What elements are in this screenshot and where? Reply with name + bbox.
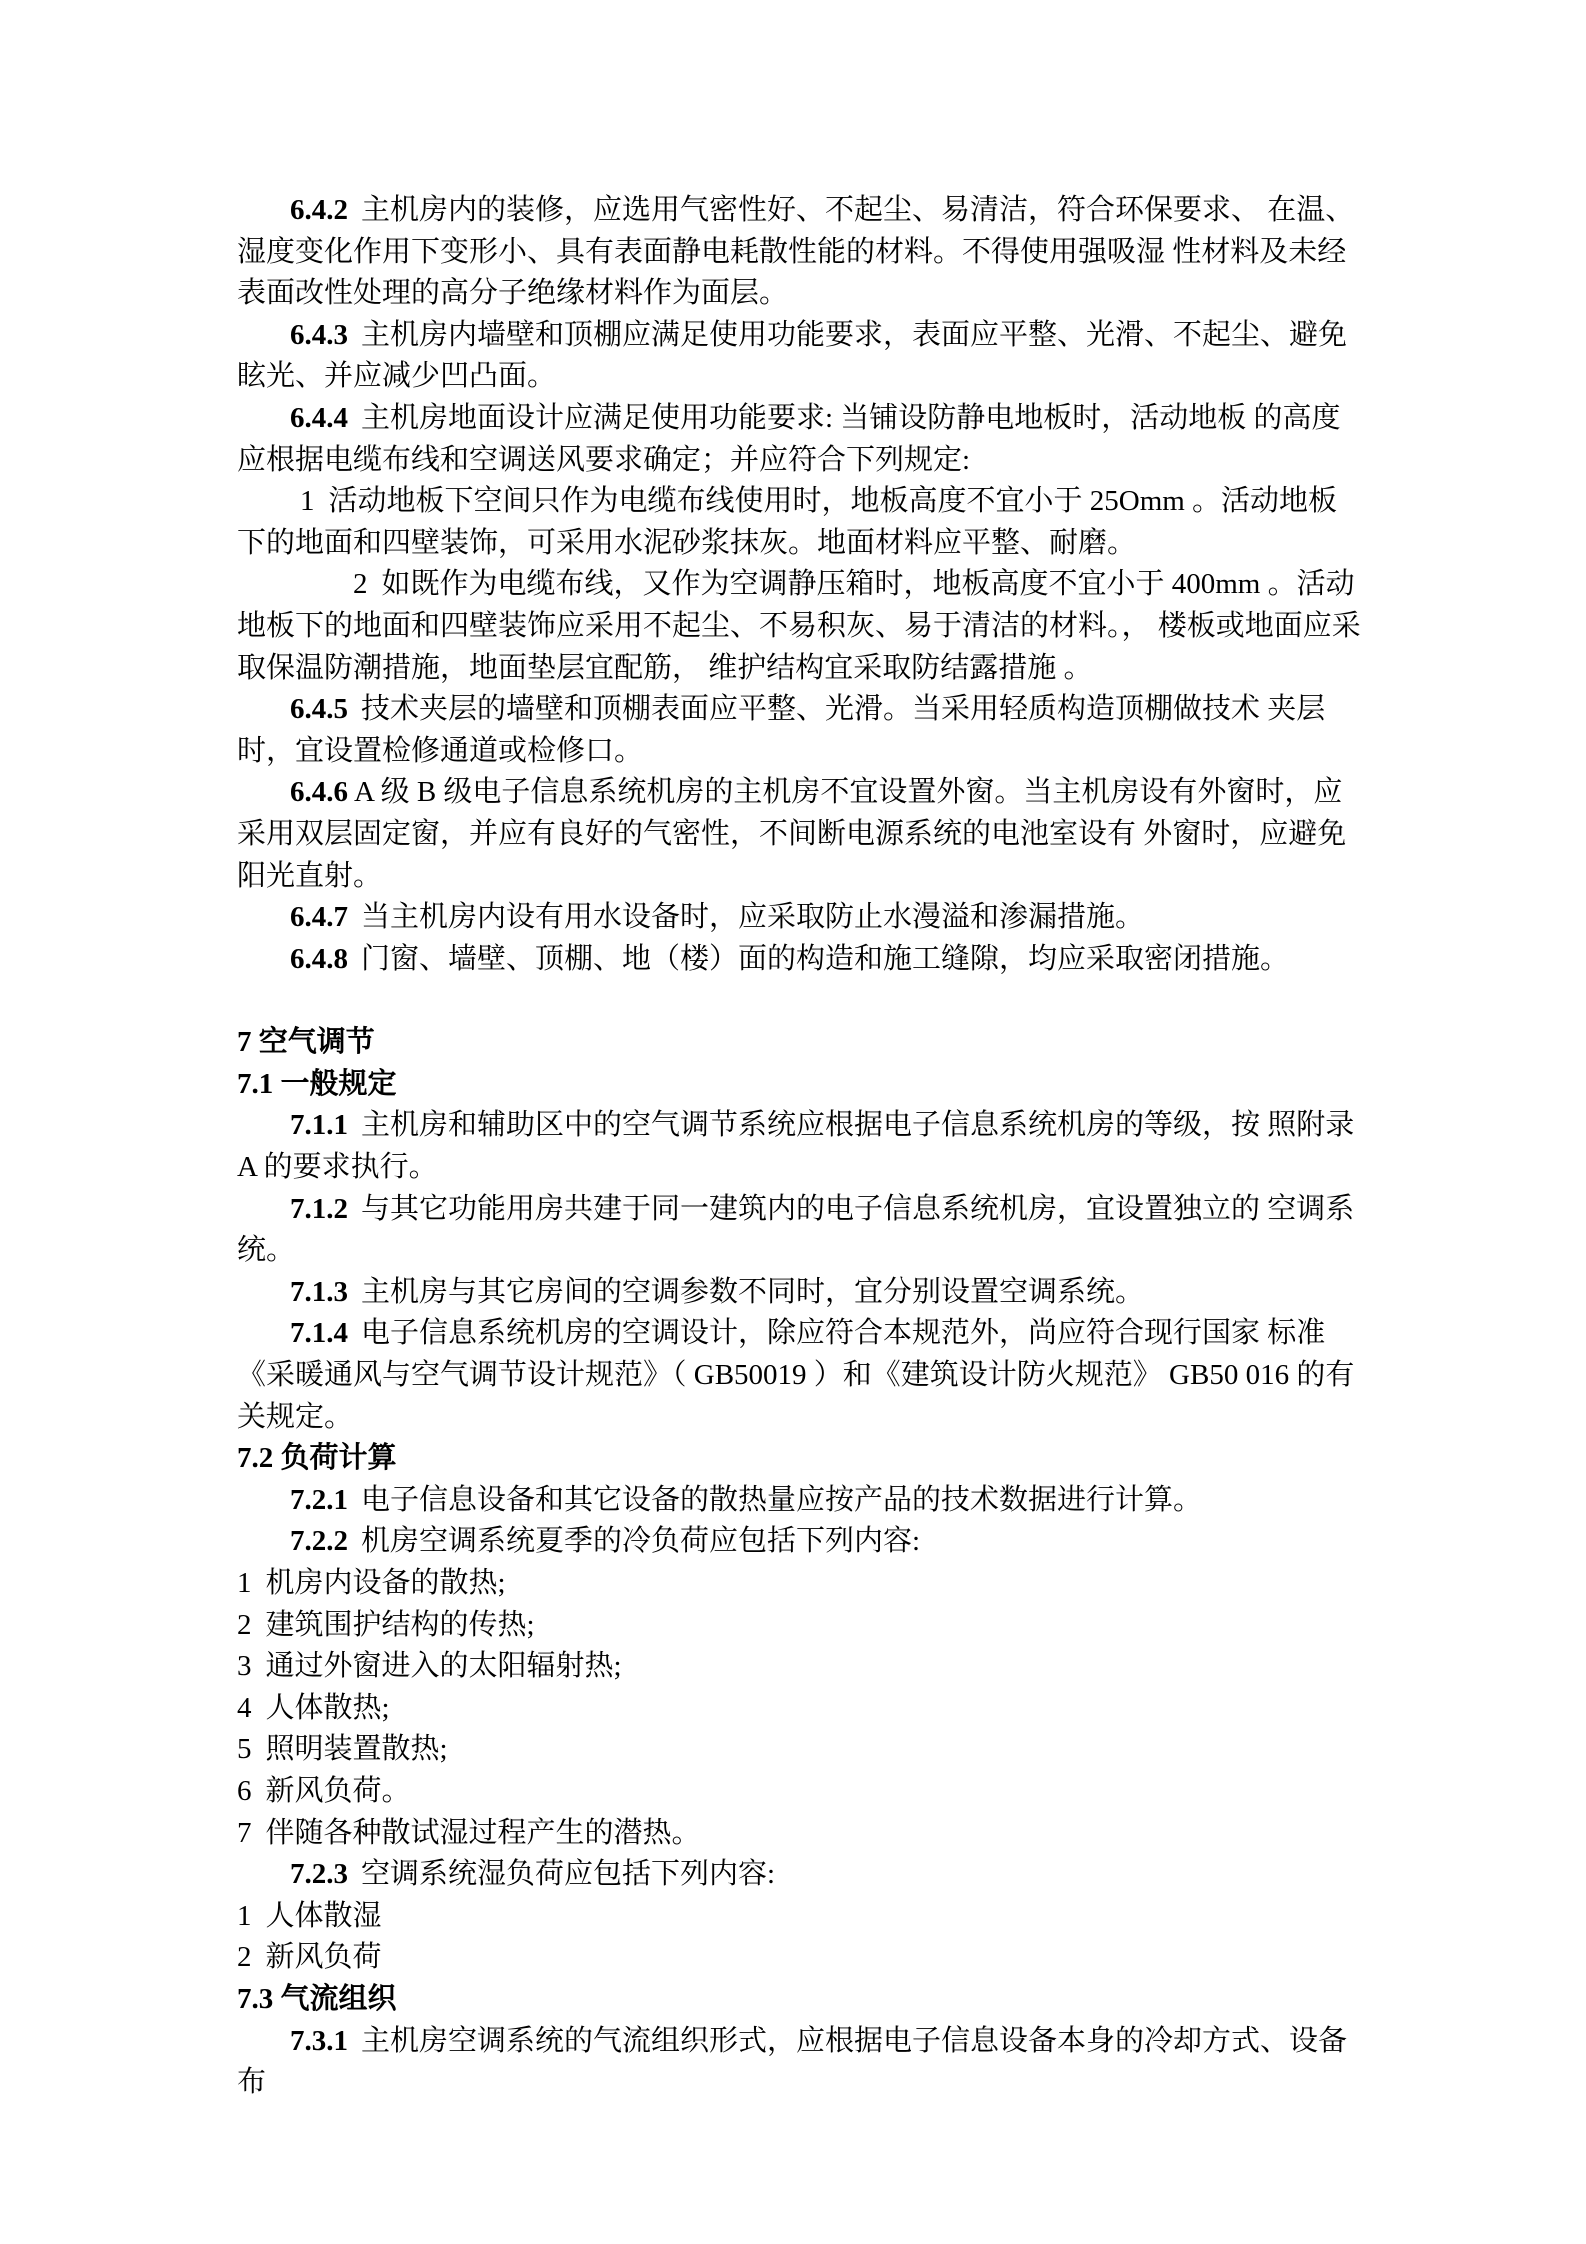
- clause-paragraph: 7.2.2机房空调系统夏季的冷负荷应包括下列内容:: [237, 1521, 1365, 1563]
- clause-number: 6.4.3: [290, 319, 348, 351]
- clause-text: 机房空调系统夏季的冷负荷应包括下列内容:: [361, 1525, 920, 1557]
- list-item: 2建筑围护结构的传热;: [237, 1605, 1365, 1647]
- section-heading: 7.3 气流组织: [237, 1979, 1365, 2021]
- clause-text: 与其它功能用房共建于同一建筑内的电子信息系统机房，宜设置独立的 空调系统。: [237, 1193, 1354, 1267]
- item-number: 2: [237, 1941, 252, 1973]
- item-text: 人体散热;: [266, 1692, 390, 1724]
- item-number: 2: [237, 1609, 252, 1641]
- clause-text: 电子信息设备和其它设备的散热量应按产品的技术数据进行计算。: [361, 1484, 1202, 1516]
- item-number: 5: [237, 1733, 252, 1765]
- clause-paragraph: 6.4.5技术夹层的墙壁和顶棚表面应平整、光滑。当采用轻质构造顶棚做技术 夹层时…: [237, 689, 1365, 772]
- item-number: 1: [237, 1567, 252, 1599]
- clause-number: 6.4.4: [290, 402, 348, 434]
- clause-paragraph: 6.4.6A 级 B 级电子信息系统机房的主机房不宜设置外窗。当主机房设有外窗时…: [237, 772, 1365, 897]
- clause-text: 主机房和辅助区中的空气调节系统应根据电子信息系统机房的等级，按 照附录 A 的要…: [237, 1109, 1354, 1183]
- clause-text: 门窗、墙壁、顶棚、地（楼）面的构造和施工缝隙，均应采取密闭措施。: [361, 943, 1289, 975]
- section-heading: 7.2 负荷计算: [237, 1438, 1365, 1480]
- clause-number: 6.4.5: [290, 693, 348, 725]
- clause-number: 7.3.1: [290, 2025, 348, 2057]
- clause-text: 主机房内的装修，应选用气密性好、不起尘、易清洁，符合环保要求、 在温、湿度变化作…: [237, 194, 1354, 309]
- list-item: 6新风负荷。: [237, 1771, 1365, 1813]
- clause-paragraph: 6.4.4主机房地面设计应满足使用功能要求: 当铺设防静电地板时，活动地板 的高…: [237, 398, 1365, 481]
- clause-paragraph: 7.2.1电子信息设备和其它设备的散热量应按产品的技术数据进行计算。: [237, 1480, 1365, 1522]
- list-item: 3通过外窗进入的太阳辐射热;: [237, 1646, 1365, 1688]
- section-heading: 7.1 一般规定: [237, 1064, 1365, 1106]
- clause-number: 6.4.6: [290, 776, 348, 808]
- clause-number: 7.2.3: [290, 1858, 348, 1890]
- item-number: 1: [300, 485, 315, 517]
- list-item: 1机房内设备的散热;: [237, 1563, 1365, 1605]
- item-text: 人体散湿: [266, 1900, 382, 1932]
- clause-paragraph: 6.4.8门窗、墙壁、顶棚、地（楼）面的构造和施工缝隙，均应采取密闭措施。: [237, 939, 1365, 981]
- clause-text: A 级 B 级电子信息系统机房的主机房不宜设置外窗。当主机房设有外窗时，应采用双…: [237, 776, 1346, 891]
- clause-number: 6.4.7: [290, 901, 348, 933]
- clause-number: 7.1.3: [290, 1276, 348, 1308]
- item-text: 建筑围护结构的传热;: [266, 1609, 535, 1641]
- item-number: 4: [237, 1692, 252, 1724]
- list-item: 5照明装置散热;: [237, 1729, 1365, 1771]
- clause-paragraph: 6.4.7当主机房内设有用水设备时，应采取防止水漫溢和渗漏措施。: [237, 897, 1365, 939]
- clause-number: 7.1.2: [290, 1193, 348, 1225]
- item-text: 如既作为电缆布线，又作为空调静压箱时，地板高度不宜小于 400mm 。活动地板下…: [237, 568, 1361, 683]
- clause-paragraph: 7.2.3空调系统湿负荷应包括下列内容:: [237, 1854, 1365, 1896]
- item-text: 活动地板下空间只作为电缆布线使用时，地板高度不宜小于 25Omm 。活动地板下的…: [237, 485, 1337, 559]
- list-item: 7伴随各种散试湿过程产生的潜热。: [237, 1813, 1365, 1855]
- item-text: 新风负荷: [266, 1941, 382, 1973]
- clause-text: 主机房内墙壁和顶棚应满足使用功能要求，表面应平整、光滑、不起尘、避免眩光、并应减…: [237, 319, 1347, 393]
- list-item: 2新风负荷: [237, 1937, 1365, 1979]
- item-number: 3: [237, 1650, 252, 1682]
- clause-number: 7.2.2: [290, 1525, 348, 1557]
- clause-text: 空调系统湿负荷应包括下列内容:: [361, 1858, 775, 1890]
- clause-number: 7.2.1: [290, 1484, 348, 1516]
- item-text: 新风负荷。: [266, 1775, 411, 1807]
- clause-paragraph: 6.4.3主机房内墙壁和顶棚应满足使用功能要求，表面应平整、光滑、不起尘、避免眩…: [237, 315, 1365, 398]
- item-number: 1: [237, 1900, 252, 1932]
- item-text: 通过外窗进入的太阳辐射热;: [266, 1650, 622, 1682]
- clause-number: 7.1.4: [290, 1317, 348, 1349]
- numbered-item: 2如既作为电缆布线，又作为空调静压箱时，地板高度不宜小于 400mm 。活动地板…: [237, 564, 1365, 689]
- clause-number: 6.4.8: [290, 943, 348, 975]
- item-number: 7: [237, 1817, 252, 1849]
- clause-number: 6.4.2: [290, 194, 348, 226]
- clause-text: 电子信息系统机房的空调设计，除应符合本规范外，尚应符合现行国家 标准《采暖通风与…: [237, 1317, 1354, 1432]
- item-text: 伴随各种散试湿过程产生的潜热。: [266, 1817, 701, 1849]
- clause-paragraph: 7.3.1主机房空调系统的气流组织形式，应根据电子信息设备本身的冷却方式、设备布: [237, 2021, 1365, 2104]
- paragraph-spacer: [237, 980, 1365, 1022]
- item-text: 机房内设备的散热;: [266, 1567, 506, 1599]
- clause-text: 技术夹层的墙壁和顶棚表面应平整、光滑。当采用轻质构造顶棚做技术 夹层时，宜设置检…: [237, 693, 1325, 767]
- document-text-block: 6.4.2主机房内的装修，应选用气密性好、不起尘、易清洁，符合环保要求、 在温、…: [237, 190, 1365, 2104]
- clause-paragraph: 6.4.2主机房内的装修，应选用气密性好、不起尘、易清洁，符合环保要求、 在温、…: [237, 190, 1365, 315]
- item-number: 2: [353, 568, 368, 600]
- list-item: 4人体散热;: [237, 1688, 1365, 1730]
- list-item: 1人体散湿: [237, 1896, 1365, 1938]
- clause-paragraph: 7.1.4电子信息系统机房的空调设计，除应符合本规范外，尚应符合现行国家 标准《…: [237, 1313, 1365, 1438]
- clause-paragraph: 7.1.3主机房与其它房间的空调参数不同时，宜分别设置空调系统。: [237, 1272, 1365, 1314]
- clause-number: 7.1.1: [290, 1109, 348, 1141]
- clause-text: 主机房地面设计应满足使用功能要求: 当铺设防静电地板时，活动地板 的高度应根据电…: [237, 402, 1341, 476]
- clause-text: 当主机房内设有用水设备时，应采取防止水漫溢和渗漏措施。: [361, 901, 1144, 933]
- numbered-item: 1活动地板下空间只作为电缆布线使用时，地板高度不宜小于 25Omm 。活动地板下…: [237, 481, 1365, 564]
- clause-text: 主机房与其它房间的空调参数不同时，宜分别设置空调系统。: [361, 1276, 1144, 1308]
- item-number: 6: [237, 1775, 252, 1807]
- clause-text: 主机房空调系统的气流组织形式，应根据电子信息设备本身的冷却方式、设备布: [237, 2025, 1347, 2099]
- item-text: 照明装置散热;: [266, 1733, 448, 1765]
- clause-paragraph: 7.1.2与其它功能用房共建于同一建筑内的电子信息系统机房，宜设置独立的 空调系…: [237, 1189, 1365, 1272]
- clause-paragraph: 7.1.1主机房和辅助区中的空气调节系统应根据电子信息系统机房的等级，按 照附录…: [237, 1105, 1365, 1188]
- document-page: 6.4.2主机房内的装修，应选用气密性好、不起尘、易清洁，符合环保要求、 在温、…: [0, 0, 1586, 2244]
- chapter-heading: 7 空气调节: [237, 1022, 1365, 1064]
